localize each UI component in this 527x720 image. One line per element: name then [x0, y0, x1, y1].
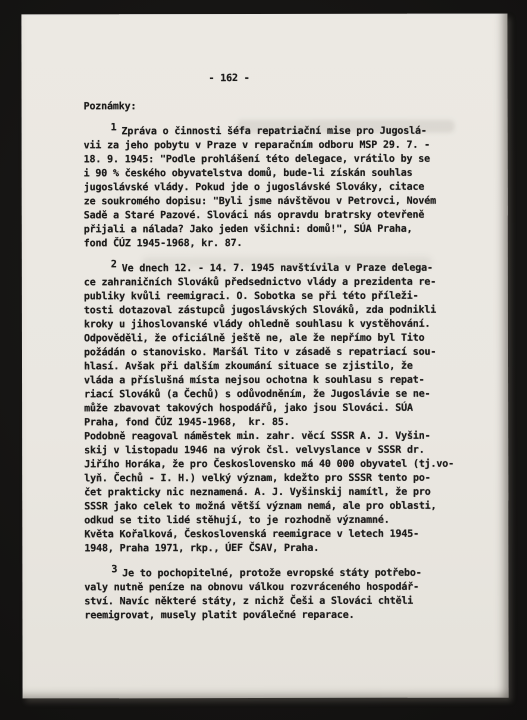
footnote-line: Odpověděli, že oficiálně ještě ne, ale ž…	[84, 332, 484, 347]
footnote-first-line: 3Je to pochopitelné, protože evropské st…	[84, 567, 484, 582]
footnote-line: vláda a příslušná místa nejsou ochotna k…	[84, 374, 484, 389]
footnote-line: jugoslávské vlády. Pokud jde o jugoslávs…	[84, 181, 484, 196]
footnote-line: tosti dotazoval zástupců jugoslávských S…	[84, 304, 484, 319]
notes-heading: Poznámky:	[84, 100, 137, 114]
footnote: 2Ve dnech 12. - 14. 7. 1945 navštívila v…	[84, 262, 485, 557]
footnote-line: vii za jeho pobytu v Praze v reparačním …	[84, 139, 484, 154]
footnote-marker: 1	[111, 122, 117, 133]
footnote-first-line: 1Zpráva o činnosti šéfa repatriační mise…	[84, 125, 484, 140]
footnote-line: valy nutně peníze na obnovu válkou rozvr…	[84, 581, 484, 596]
footnote-line: publiky kvůli reemigraci. O. Sobotka se …	[84, 290, 484, 305]
footnote-line: Podobně reagoval náměstek min. zahr. věc…	[84, 430, 484, 445]
footnote-line: ství. Navíc některé státy, z nichž Češi …	[84, 595, 484, 610]
footnote-line: požádán o stanovisko. Maršál Tito v zása…	[84, 346, 484, 361]
document-page: - 162 - Poznámky: 1Zpráva o činnosti šéf…	[21, 14, 508, 699]
footnote-line: odkud se tito lidé stěhují, to je rozhod…	[84, 514, 484, 529]
footnote-marker: 2	[111, 259, 117, 270]
footnote-line: skij v listopadu 1946 na výrok čsl. velv…	[84, 444, 484, 459]
footnote-line: Sadě a Staré Pazové. Slováci nás opravdu…	[84, 209, 484, 224]
footnote-marker: 3	[111, 564, 117, 575]
footnote: 1Zpráva o činnosti šéfa repatriační mise…	[84, 125, 484, 252]
footnote-line: reemigrovat, musely platit poválečné rep…	[84, 609, 484, 624]
footnote-line: lyň. Čechů - I. H.) velký význam, kdežto…	[84, 472, 484, 487]
footnote-line: ze soukromého dopisu: "Byli jsme návštěv…	[84, 195, 484, 210]
footnote-first-line: 2Ve dnech 12. - 14. 7. 1945 navštívila v…	[84, 262, 484, 277]
footnote-line: riací Slováků (a Čechů) s odůvodněním, ž…	[84, 388, 484, 403]
footnote-line: Praha, fond ČÚZ 1945-1968, kr. 85.	[84, 416, 484, 431]
footnote-line: ce zahraničních Slováků předsednictvo vl…	[84, 276, 484, 291]
footnote-line: Květa Kořalková, Československá reemigra…	[84, 528, 484, 543]
footnote-line: hlasí. Avšak při dalším zkoumání situace…	[84, 360, 484, 375]
footnote-line: fond ČÚZ 1945-1968, kr. 87.	[84, 237, 484, 252]
footnote-line: kroky u jihoslovanské vlády ohledně souh…	[84, 318, 484, 333]
page-number: - 162 -	[209, 72, 250, 86]
footnote-line: Jiřího Horáka, že pro Československo má …	[84, 458, 484, 473]
footnote: 3Je to pochopitelné, protože evropské st…	[84, 567, 484, 624]
footnote-line: 1948, Praha 1971, rkp., ÚEF ČSAV, Praha.	[84, 542, 484, 557]
footnote-line: SSSR jako celek to možná větší význam ne…	[84, 500, 484, 515]
footnotes-container: 1Zpráva o činnosti šéfa repatriační mise…	[84, 125, 485, 635]
footnote-line: může zbavovat takových hospodářů, jako j…	[84, 402, 484, 417]
footnote-line: čet prakticky nic neznamená. A. J. Vyšin…	[84, 486, 484, 501]
footnote-line: i 90 % českého obyvatelstva domů, bude-l…	[84, 167, 484, 182]
footnote-line: přijali a nálada? Jako jeden všichni: do…	[84, 223, 484, 238]
scanned-page-view: { "colors": { "backdrop": "#131211", "pa…	[0, 0, 527, 720]
footnote-line: 18. 9. 1945: "Podle prohlášení této dele…	[84, 153, 484, 168]
